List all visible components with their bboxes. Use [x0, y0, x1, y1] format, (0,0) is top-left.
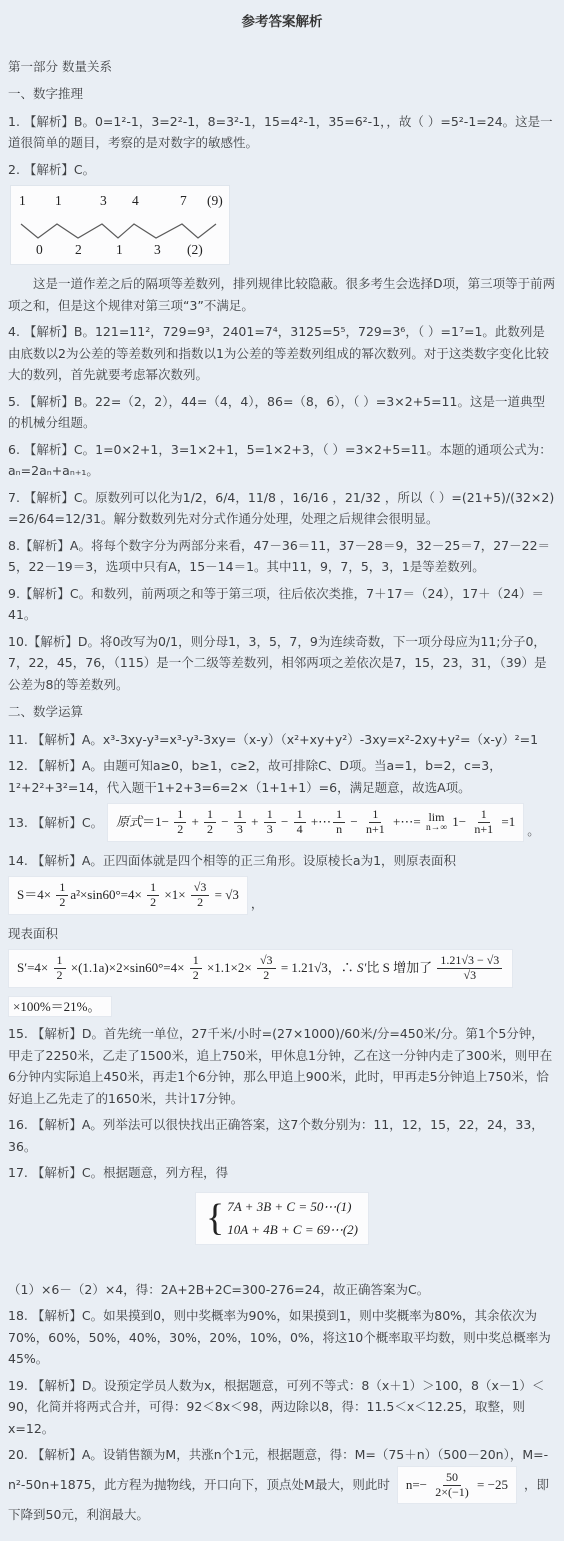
fraction: 12: [54, 954, 66, 983]
item-q17-label: 17. 【解析】C。根据题意，列方程，得: [8, 1162, 556, 1184]
fraction: 12: [147, 881, 159, 910]
fraction: 12: [190, 954, 202, 983]
diagram-top-number: 1: [55, 194, 62, 208]
item-q16: 16. 【解析】A。列举法可以很快找出正确答案，这7个数分别为：11，12，15…: [8, 1114, 556, 1157]
item-q14-formula-2: S′=4× 12 ×(1.1a)×2×sin60°=4× 12 ×1.1×2× …: [8, 949, 556, 988]
diagram-top-number: 4: [132, 194, 139, 208]
item-q20: 20. 【解析】A。设销售额为M，共涨n个1元，根据题意，得：M=（75＋n）（…: [8, 1444, 556, 1526]
item-q14-intro: 14. 【解析】A。正四面体就是四个相等的正三角形。设原棱长a为1，则原表面积: [8, 850, 556, 872]
diagram-top-number: 1: [19, 194, 26, 208]
item-q14a-tail: ，: [251, 893, 264, 915]
item-q13: 13. 【解析】C。 原式＝1− 12 + 12 − 13 + 13 − 14 …: [8, 803, 556, 842]
formula-text: +⋯=: [390, 814, 424, 829]
formula-text: = −25: [474, 1477, 508, 1492]
formula-text: +: [248, 814, 262, 829]
fraction: 1n+1: [363, 808, 388, 837]
item-q7: 7. 【解析】C。原数列可以化为1/2，6/4，11/8 ，16/16 ，21/…: [8, 487, 556, 530]
item-q9: 9.【解析】C。和数列，前两项之和等于第三项，往后依次类推，7＋17＝（24），…: [8, 583, 556, 626]
fraction: √32: [191, 881, 210, 910]
item-q15: 15. 【解析】D。首先统一单位，27千米/小时=(27×1000)/60米/分…: [8, 1023, 556, 1109]
formula-14a: S＝4× 12a²×sin60°=4× 12 ×1× √32 = √3: [8, 876, 248, 915]
part-heading: 第一部分 数量关系: [8, 56, 556, 78]
limit: limn→∞: [426, 811, 447, 834]
left-brace-icon: {: [206, 1199, 224, 1237]
item-q5: 5. 【解析】B。22=（2，2），44=（4，4），86=（8，6），（ ）=…: [8, 391, 556, 434]
diagram-bottom-number: 0: [36, 243, 43, 257]
item-q12: 12. 【解析】A。由题可知a≥0，b≥1，c≥2，故可排除C、D项。当a=1，…: [8, 755, 556, 798]
formula-14c: ×100%＝21%。: [8, 996, 112, 1017]
formula-text: 1−: [449, 814, 469, 829]
formula-13: 原式＝1− 12 + 12 − 13 + 13 − 14 +⋯1n − 1n+1…: [107, 803, 524, 842]
fraction: 14: [294, 808, 306, 837]
fraction: 12: [174, 808, 186, 837]
item-q2-note: 这是一道作差之后的隔项等差数列，排列规律比较隐蔽。很多考生会选择D项，第三项等于…: [8, 273, 556, 316]
item-q17-result: （1）×6－（2）×4，得：2A+2B+2C=300-276=24，故正确答案为…: [8, 1279, 556, 1301]
section-heading-math: 二、数学运算: [8, 701, 556, 723]
diagram-top-number: 7: [180, 194, 187, 208]
diagram-bottom-number: 1: [116, 243, 123, 257]
fraction: 1n: [333, 808, 345, 837]
item-q13-label: 13. 【解析】C。: [8, 812, 103, 834]
formula-text: ×(1.1a)×2×sin60°=4×: [68, 960, 188, 975]
formula-text: ×1.1×2×: [204, 960, 255, 975]
fraction: 1n+1: [471, 808, 496, 837]
formula-text: =1: [498, 814, 515, 829]
item-q14-formula-1: S＝4× 12a²×sin60°=4× 12 ×1× √32 = √3 ，: [8, 876, 556, 915]
fraction: 12: [56, 881, 68, 910]
formula-text: n=−: [406, 1477, 430, 1492]
formula-text: −: [278, 814, 292, 829]
diagram-top-number: (9): [207, 194, 223, 208]
diagram-bottom-number: 2: [75, 243, 82, 257]
formula-text: 比 S 增加了: [366, 960, 435, 975]
formula-text: +: [188, 814, 202, 829]
page-title: 参考答案解析: [8, 12, 556, 34]
item-q1: 1. 【解析】B。0=1²-1，3=2²-1，8=3²-1，15=4²-1，35…: [8, 111, 556, 154]
item-q13-tail: 。: [527, 820, 540, 842]
formula-text: 原式: [116, 814, 142, 829]
formula-20: n=− 502×(−1) = −25: [397, 1466, 517, 1505]
item-q6: 6. 【解析】C。1=0×2+1，3=1×2+1，5=1×2+3，（ ）=3×2…: [8, 439, 556, 482]
diagram-top-number: 3: [100, 194, 107, 208]
item-q19: 19. 【解析】D。设预定学员人数为x，根据题意，可列不等式：8（x＋1）＞10…: [8, 1375, 556, 1440]
fraction: 1.21√3 − √3√3: [437, 954, 502, 983]
item-q14-percent-line: ×100%＝21%。: [8, 996, 556, 1018]
formula-text: a²×sin60°=4×: [70, 887, 145, 902]
item-q8: 8.【解析】A。将每个数字分为两部分来看，47－36＝11，37－28＝9，32…: [8, 535, 556, 578]
formula-14b: S′=4× 12 ×(1.1a)×2×sin60°=4× 12 ×1.1×2× …: [8, 949, 513, 988]
equation-line-1: 7A + 3B + C = 50⋯(1): [227, 1196, 358, 1218]
formula-text: −: [347, 814, 361, 829]
sequence-diagram: 11347(9)0213(2): [10, 185, 230, 265]
diagram-bottom-number: (2): [187, 243, 203, 257]
section-heading-numeric: 一、数字推理: [8, 83, 556, 105]
fraction: 13: [234, 808, 246, 837]
diagram-bottom-number: 3: [154, 243, 161, 257]
item-q2-label: 2. 【解析】C。: [8, 159, 556, 181]
fraction: 13: [264, 808, 276, 837]
fraction: 12: [204, 808, 216, 837]
formula-text: S′: [357, 960, 366, 975]
item-q14-mid: 现表面积: [8, 923, 556, 945]
equation-line-2: 10A + 4B + C = 69⋯(2): [227, 1219, 358, 1241]
item-q17-system: { 7A + 3B + C = 50⋯(1) 10A + 4B + C = 69…: [8, 1192, 556, 1245]
item-q10: 10.【解析】D。将0改写为0/1，则分母1，3，5，7，9为连续奇数，下一项分…: [8, 631, 556, 696]
formula-text: S＝4×: [17, 887, 54, 902]
formula-text: −: [218, 814, 232, 829]
formula-text: = 1.21√3，∴: [278, 960, 357, 975]
formula-text: = √3: [211, 887, 238, 902]
fraction: √32: [257, 954, 276, 983]
fraction: 502×(−1): [432, 1471, 472, 1500]
item-q11: 11. 【解析】A。x³-3xy-y³=x³-y³-3xy=（x-y）（x²+x…: [8, 729, 556, 751]
formula-text: +⋯: [308, 814, 332, 829]
item-q4: 4. 【解析】B。121=11²，729=9³，2401=7⁴，3125=5⁵，…: [8, 321, 556, 386]
formula-text: S′=4×: [17, 960, 52, 975]
formula-text: ＝1−: [142, 814, 172, 829]
formula-text: ×1×: [161, 887, 189, 902]
formula-17: { 7A + 3B + C = 50⋯(1) 10A + 4B + C = 69…: [195, 1192, 369, 1245]
item-q18: 18. 【解析】C。如果摸到0，则中奖概率为90%，如果摸到1，则中奖概率为80…: [8, 1305, 556, 1370]
